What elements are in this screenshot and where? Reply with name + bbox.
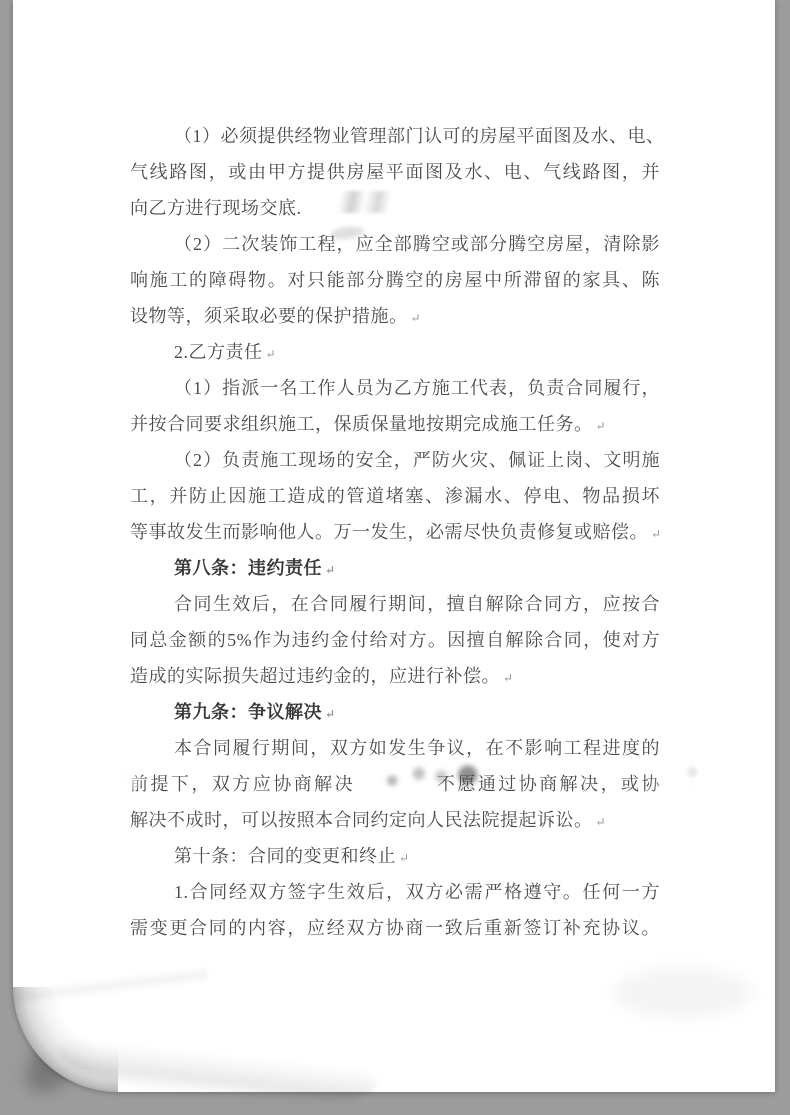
- contract-line: （2）负责施工现场的安全，严防火灾、佩证上岗、文明施: [130, 442, 660, 478]
- contract-line: 2.乙方责任↵: [130, 334, 660, 370]
- contract-line: 向乙方进行现场交底.: [130, 190, 660, 226]
- line-text: 并按合同要求组织施工，保质保量地按期完成施工任务。: [130, 414, 593, 434]
- contract-text-block: （1）必须提供经物业管理部门认可的房屋平面图及水、电、 气线路图，或由甲方提供房…: [130, 118, 660, 946]
- scan-blotch: [613, 968, 753, 1018]
- paragraph-return-mark: ↵: [651, 527, 661, 541]
- contract-line: 同总金额的5%作为违约金付给对方。因擅自解除合同，使对方: [130, 622, 660, 658]
- contract-scan-page: （1）必须提供经物业管理部门认可的房屋平面图及水、电、 气线路图，或由甲方提供房…: [13, 0, 775, 1092]
- paragraph-return-mark: ↵: [325, 563, 335, 577]
- contract-line: （1）指派一名工作人员为乙方施工代表，负责合同履行，: [130, 370, 660, 406]
- contract-line: 响施工的障碍物。对只能部分腾空的房屋中所滞留的家具、陈: [130, 262, 660, 298]
- paragraph-return-mark: ↵: [325, 707, 335, 721]
- contract-line: 1.合同经双方签字生效后，双方必需严格遵守。任何一方: [130, 874, 660, 910]
- contract-heading-article-8: 第八条：违约责任↵: [130, 550, 660, 586]
- line-text: （2）负责施工现场的安全，严防火灾、佩证上岗、文明施: [174, 450, 660, 470]
- line-text: （2）二次装饰工程，应全部腾空或部分腾空房屋，清除影: [174, 234, 660, 254]
- contract-line: 等事故发生而影响他人。万一发生，必需尽快负责修复或赔偿。↵: [130, 514, 660, 550]
- line-text: 解决不成时，可以按照本合同约定向人民法院提起诉讼。: [130, 810, 593, 830]
- contract-heading-article-10: 第十条：合同的变更和终止↵: [130, 838, 660, 874]
- paragraph-return-mark: ↵: [411, 311, 421, 325]
- line-text: 合同生效后，在合同履行期间，擅自解除合同方，应按合: [174, 594, 660, 614]
- line-text: 第八条：违约责任: [174, 558, 322, 578]
- contract-line: 工，并防止因施工造成的管道堵塞、渗漏水、停电、物品损坏: [130, 478, 660, 514]
- contract-line: （2）二次装饰工程，应全部腾空或部分腾空房屋，清除影: [130, 226, 660, 262]
- contract-line: 并按合同要求组织施工，保质保量地按期完成施工任务。↵: [130, 406, 660, 442]
- document-viewer-background: （1）必须提供经物业管理部门认可的房屋平面图及水、电、 气线路图，或由甲方提供房…: [0, 0, 790, 1115]
- line-text: 需变更合同的内容，应经双方协商一致后重新签订补充协议。: [130, 918, 660, 938]
- line-text: 本合同履行期间，双方如发生争议，在不影响工程进度的: [174, 738, 660, 758]
- contract-line: 合同生效后，在合同履行期间，擅自解除合同方，应按合: [130, 586, 660, 622]
- contract-line: 前提下，双方应协商解决 不愿通过协商解决，或协: [130, 766, 660, 802]
- line-text: 等事故发生而影响他人。万一发生，必需尽快负责修复或赔偿。: [130, 522, 648, 542]
- contract-line: （1）必须提供经物业管理部门认可的房屋平面图及水、电、: [130, 118, 660, 154]
- page-curl-crease: [55, 1015, 381, 1115]
- page-curl-crease: [12, 960, 209, 1012]
- contract-heading-article-9: 第九条：争议解决↵: [130, 694, 660, 730]
- paragraph-return-mark: ↵: [503, 671, 513, 685]
- contract-line: 需变更合同的内容，应经双方协商一致后重新签订补充协议。: [130, 910, 660, 946]
- paragraph-return-mark: ↵: [596, 419, 606, 433]
- paragraph-return-mark: ↵: [399, 851, 409, 865]
- contract-line: 设物等，须采取必要的保护措施。↵: [130, 298, 660, 334]
- line-text: 前提下，双方应协商解决 不愿通过协商解决，或协: [130, 774, 660, 794]
- line-text: 向乙方进行现场交底.: [130, 198, 302, 218]
- line-text: 1.合同经双方签字生效后，双方必需严格遵守。任何一方: [174, 882, 660, 902]
- line-text: 造成的实际损失超过违约金的，应进行补偿。: [130, 666, 500, 686]
- contract-line: 造成的实际损失超过违约金的，应进行补偿。↵: [130, 658, 660, 694]
- line-text: 气线路图，或由甲方提供房屋平面图及水、电、气线路图，并: [130, 162, 660, 182]
- line-text: 第十条：合同的变更和终止: [174, 846, 396, 866]
- line-text: 设物等，须采取必要的保护措施。: [130, 306, 408, 326]
- line-text: 响施工的障碍物。对只能部分腾空的房屋中所滞留的家具、陈: [130, 270, 660, 290]
- line-text: 2.乙方责任: [174, 342, 263, 362]
- line-text: （1）必须提供经物业管理部门认可的房屋平面图及水、电、: [174, 126, 665, 146]
- line-text: （1）指派一名工作人员为乙方施工代表，负责合同履行，: [174, 378, 660, 398]
- contract-line: 气线路图，或由甲方提供房屋平面图及水、电、气线路图，并: [130, 154, 660, 190]
- line-text: 第九条：争议解决: [174, 702, 322, 722]
- paragraph-return-mark: ↵: [596, 815, 606, 829]
- line-text: 同总金额的5%作为违约金付给对方。因擅自解除合同，使对方: [130, 630, 660, 650]
- contract-line: 解决不成时，可以按照本合同约定向人民法院提起诉讼。↵: [130, 802, 660, 838]
- contract-line: 本合同履行期间，双方如发生争议，在不影响工程进度的: [130, 730, 660, 766]
- paragraph-return-mark: ↵: [266, 347, 276, 361]
- line-text: 工，并防止因施工造成的管道堵塞、渗漏水、停电、物品损坏: [130, 486, 660, 506]
